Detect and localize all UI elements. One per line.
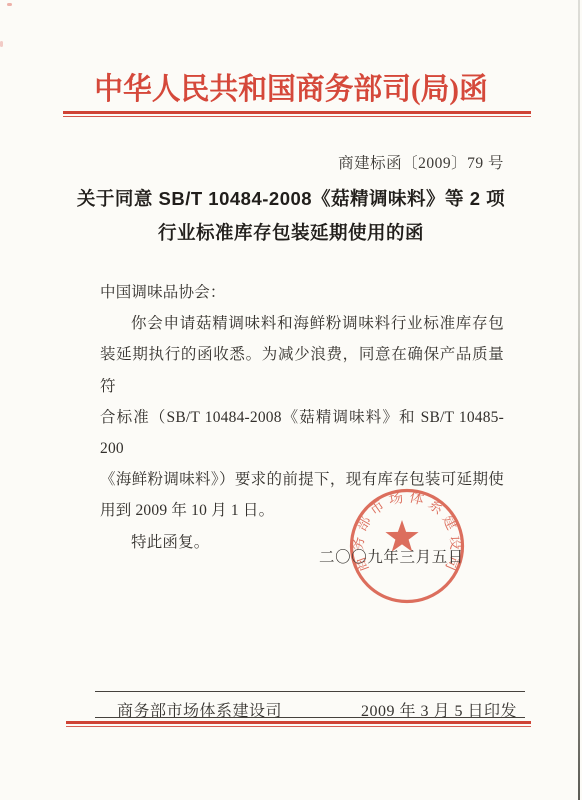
scan-artifact xyxy=(7,3,12,6)
letterhead-rule-thick xyxy=(63,111,531,114)
scan-artifact xyxy=(0,41,3,47)
document-title: 关于同意 SB/T 10484-2008《菇精调味料》等 2 项 行业标准库存包… xyxy=(40,182,542,250)
body-line: 装延期执行的函收悉。为减少浪费，同意在确保产品质量符 xyxy=(100,339,504,401)
footer-red-rule-thick xyxy=(66,721,531,724)
document-title-line2: 行业标准库存包装延期使用的函 xyxy=(40,216,542,250)
body-line: 合标准（SB/T 10484-2008《菇精调味料》和 SB/T 10485-2… xyxy=(100,402,504,464)
footer-rule-bottom xyxy=(95,717,525,718)
document-ref-number: 商建标函〔2009〕79 号 xyxy=(338,151,504,173)
body-line: 你会申请菇精调味料和海鲜粉调味料行业标准库存包 xyxy=(100,308,504,339)
signed-date: 二〇〇九年三月五日 xyxy=(319,545,464,567)
letterhead-rule-thin xyxy=(63,116,531,117)
scan-edge-shadow xyxy=(578,0,580,800)
salutation: 中国调味品协会： xyxy=(100,277,504,308)
footer-rule-top xyxy=(95,691,525,692)
scanned-letter-page: 中华人民共和国商务部司(局)函 商建标函〔2009〕79 号 关于同意 SB/T… xyxy=(0,0,582,800)
document-title-line1: 关于同意 SB/T 10484-2008《菇精调味料》等 2 项 xyxy=(40,182,542,216)
letterhead-title: 中华人民共和国商务部司(局)函 xyxy=(12,64,571,108)
footer-red-rule-thin xyxy=(66,726,531,727)
